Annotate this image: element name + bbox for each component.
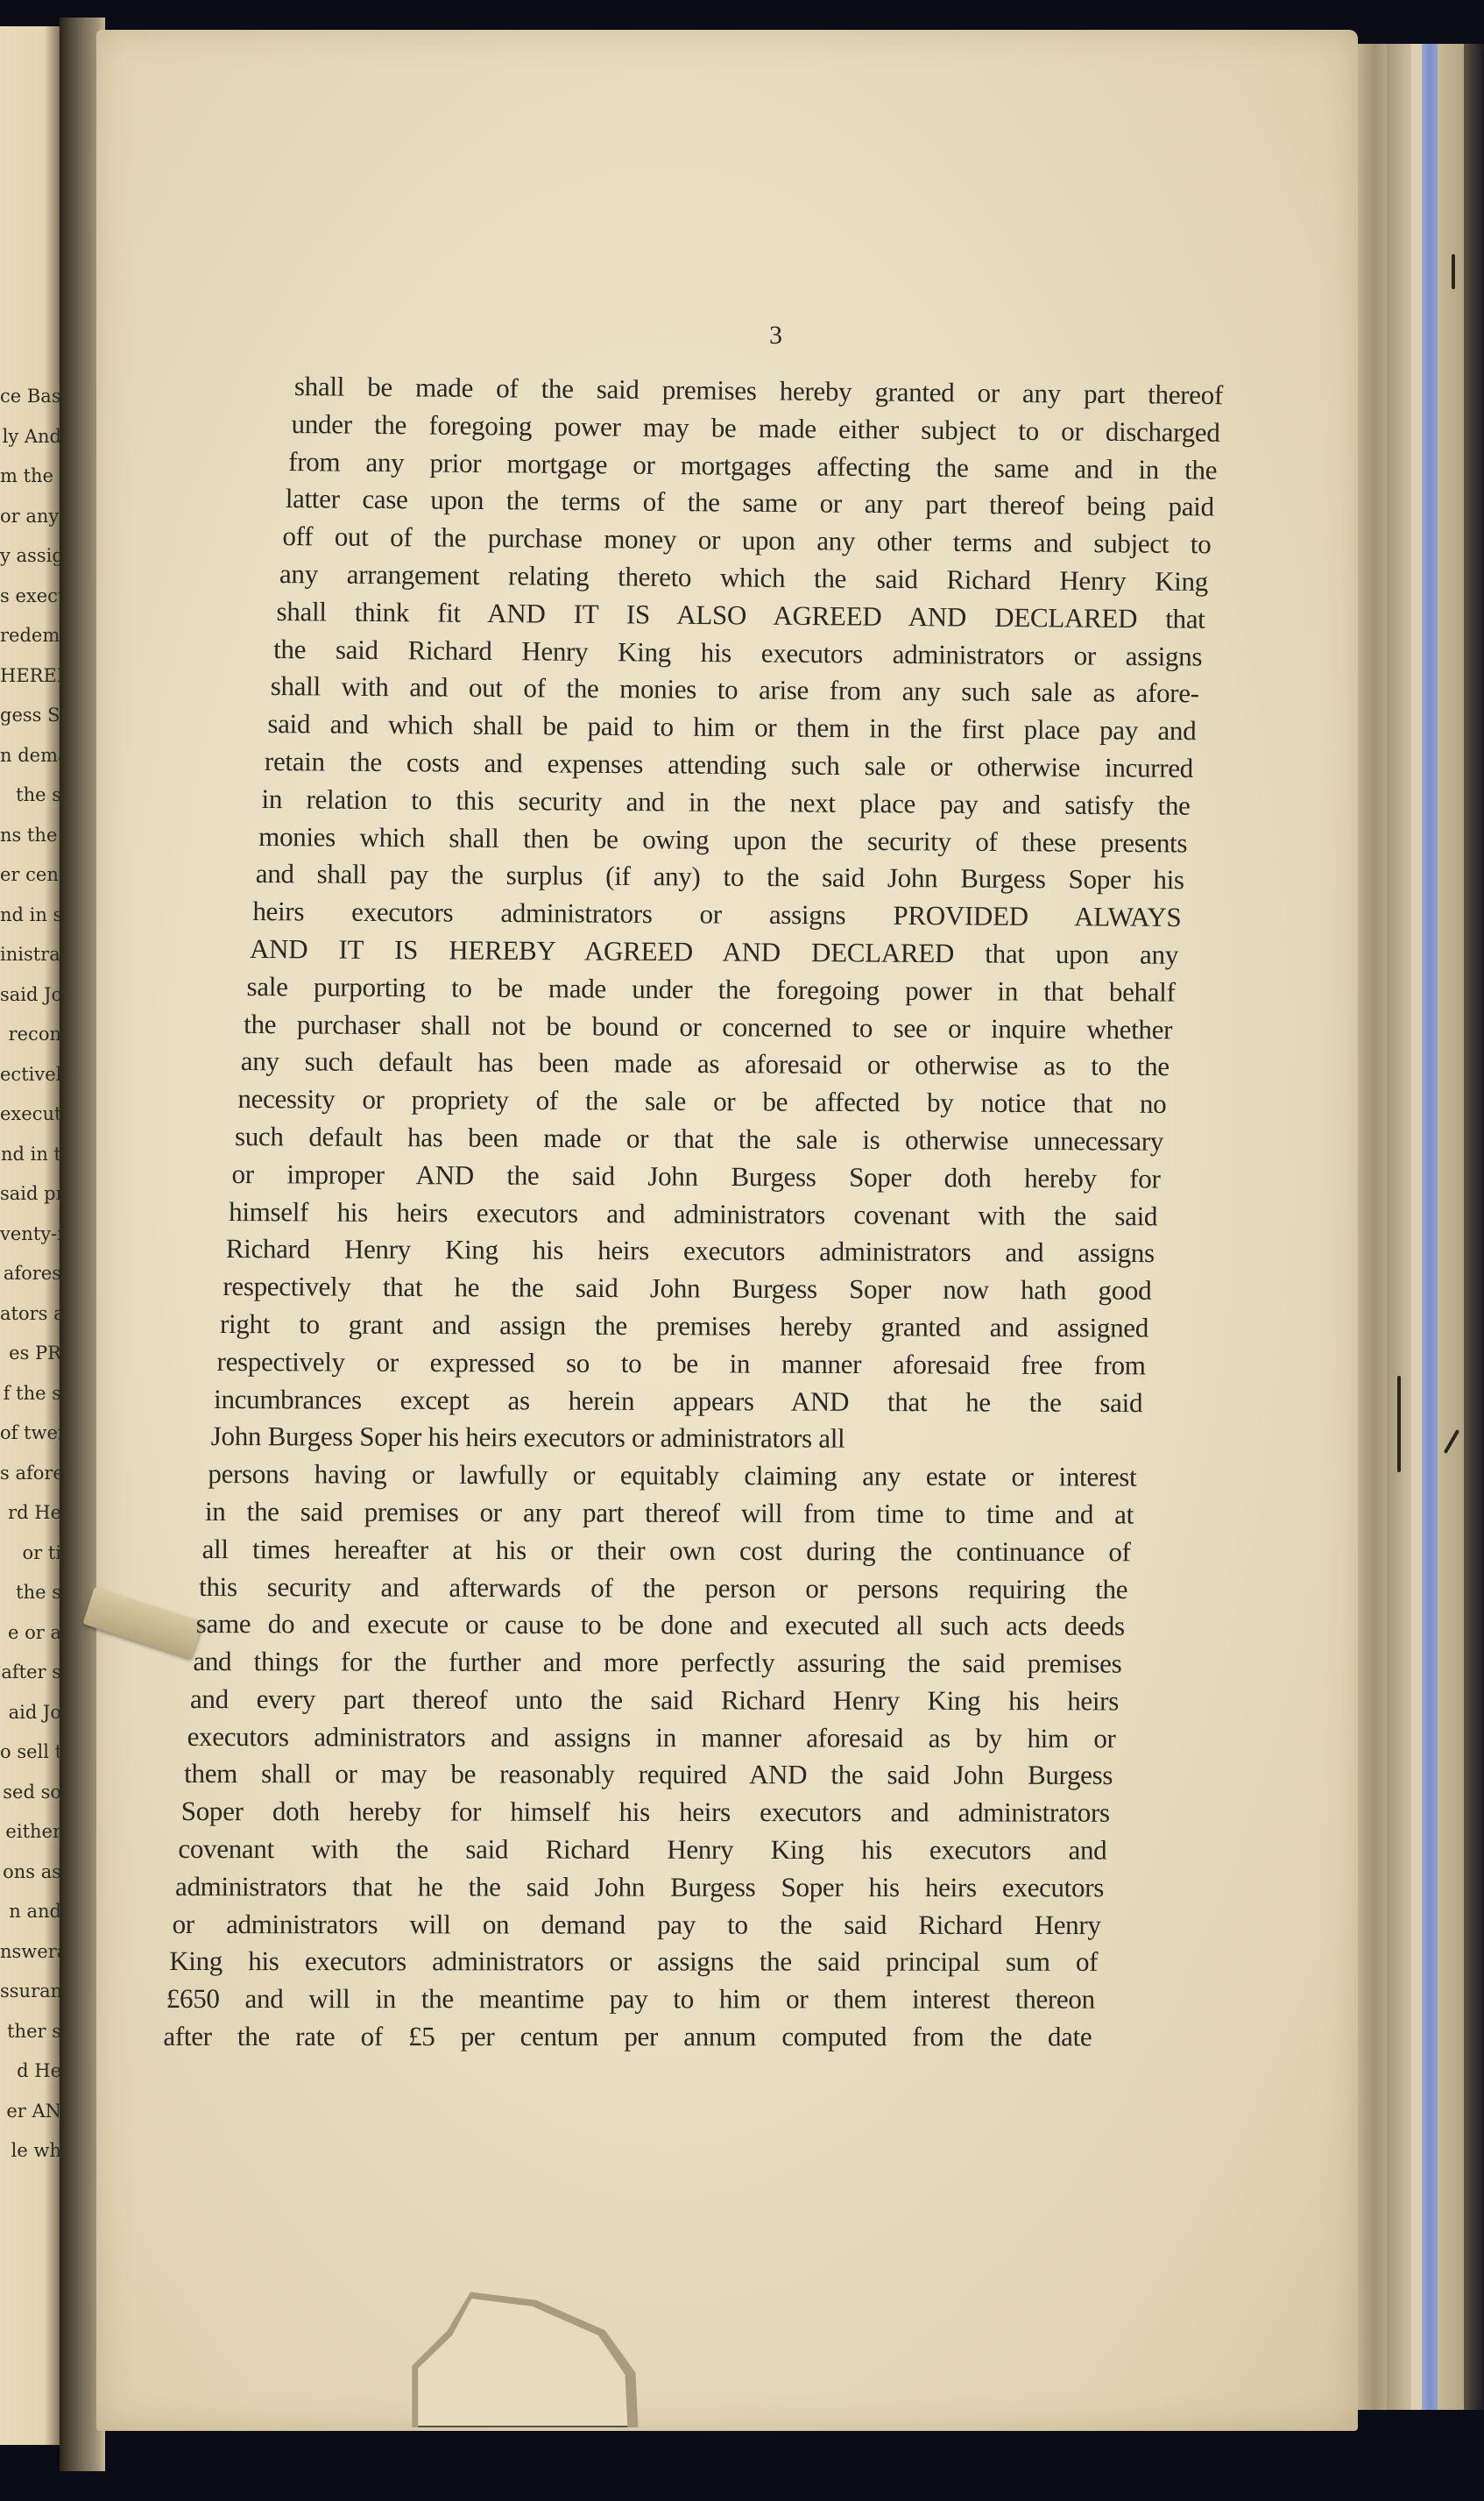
text-line: or improper AND the said John Burgess So… bbox=[231, 1156, 1160, 1198]
text-line: respectively or expressed so to be in ma… bbox=[217, 1343, 1146, 1385]
text-line: respectively that he the said John Burge… bbox=[223, 1268, 1151, 1310]
text-line: such default has been made or that the s… bbox=[235, 1118, 1163, 1161]
left-page-fragment: s execut bbox=[0, 585, 63, 606]
left-page-fragment: sed so bbox=[0, 1782, 63, 1803]
left-page-fragment: le wh bbox=[0, 2140, 63, 2161]
left-page-fragment: rd He bbox=[0, 1502, 63, 1523]
left-page-fragment: ns the s bbox=[0, 825, 63, 846]
page-edge bbox=[1411, 44, 1422, 2410]
left-page-fragment: ectively bbox=[0, 1064, 63, 1085]
text-line: executors administrators and assigns in … bbox=[187, 1718, 1116, 1758]
left-page-fragment: afores bbox=[0, 1263, 63, 1284]
left-page-fragment: y assign bbox=[0, 545, 63, 566]
page-number: 3 bbox=[769, 321, 782, 351]
left-page-fragment: or ti bbox=[0, 1542, 63, 1563]
left-page-fragment: nd in s bbox=[0, 904, 63, 925]
page-edge bbox=[1438, 44, 1464, 2410]
left-page-fragment: s afores bbox=[0, 1463, 63, 1484]
text-line: persons having or lawfully or equitably … bbox=[208, 1456, 1136, 1497]
left-page-fragment: es PR bbox=[0, 1343, 63, 1364]
left-page-fragment: said Jo bbox=[0, 984, 63, 1005]
text-line: and things for the further and more perf… bbox=[193, 1643, 1121, 1683]
text-line: after the rate of £5 per centum per annu… bbox=[163, 2018, 1092, 2056]
text-line: heirs executors administrators or assign… bbox=[252, 893, 1181, 937]
left-page-fragment: f the s bbox=[0, 1383, 63, 1404]
left-page-fragment: m the s bbox=[0, 465, 63, 486]
left-page-fragment: ators a bbox=[0, 1303, 63, 1324]
left-page-fragment: n dema bbox=[0, 745, 63, 766]
page-edge bbox=[1387, 44, 1413, 2410]
text-line: necessity or propriety of the sale or be… bbox=[237, 1080, 1166, 1123]
text-line: sale purporting to be made under the for… bbox=[246, 968, 1175, 1011]
tear-mark bbox=[1452, 254, 1455, 289]
left-page-fragment: n and bbox=[0, 1901, 63, 1922]
left-page-fragment: ther s bbox=[0, 2021, 63, 2042]
text-line: or administrators will on demand pay to … bbox=[173, 1906, 1101, 1945]
left-page-fragment: ce Basin bbox=[0, 386, 63, 407]
tear-mark bbox=[1397, 1376, 1401, 1472]
text-line: any such default has been made as afores… bbox=[241, 1043, 1170, 1086]
left-page-fragment: aid Jo bbox=[0, 1702, 63, 1723]
text-line: and every part thereof unto the said Ric… bbox=[190, 1681, 1119, 1720]
left-page-fragment: d He bbox=[0, 2060, 63, 2081]
left-page-fragment: or any p bbox=[0, 506, 63, 527]
text-line: Soper doth hereby for himself his heirs … bbox=[181, 1793, 1110, 1832]
left-page-fragment: after s bbox=[0, 1661, 63, 1683]
left-page-fragment: venty-fo bbox=[0, 1223, 63, 1244]
left-page-fragment: ly And bbox=[0, 426, 63, 447]
left-page-fragment: the s bbox=[0, 1582, 63, 1603]
text-line: them shall or may be reasonably required… bbox=[184, 1755, 1113, 1795]
body-text: shall be made of the said premises hereb… bbox=[294, 368, 1223, 2056]
left-page-fragment: recon bbox=[0, 1024, 63, 1045]
left-page-fragment: nd in t bbox=[0, 1144, 63, 1165]
left-page-fragment: of twen bbox=[0, 1422, 63, 1443]
page-edge bbox=[1353, 44, 1389, 2410]
page-edge-stack bbox=[1353, 44, 1484, 2410]
text-line: himself his heirs executors and administ… bbox=[229, 1194, 1157, 1236]
text-line: and shall pay the surplus (if any) to th… bbox=[256, 855, 1184, 899]
text-line: the purchaser shall not be bound or conc… bbox=[244, 1006, 1172, 1049]
text-line: this security and afterwards of the pers… bbox=[199, 1569, 1127, 1609]
text-line: in the said premises or any part thereof… bbox=[205, 1493, 1134, 1534]
left-page-fragment: inistrat bbox=[0, 944, 63, 965]
text-line: AND IT IS HEREBY AGREED AND DECLARED tha… bbox=[250, 931, 1178, 974]
left-page-fragment: said pr bbox=[0, 1183, 63, 1204]
left-page-fragment: gess Sop bbox=[0, 705, 63, 726]
left-page-fragment: e or a bbox=[0, 1622, 63, 1643]
text-line: John Burgess Soper his heirs executors o… bbox=[211, 1418, 1140, 1459]
left-page-fragment: ons as bbox=[0, 1861, 63, 1882]
cover-edge bbox=[1464, 44, 1484, 2410]
left-page-fragment: nswera bbox=[0, 1941, 63, 1962]
text-line: King his executors administrators or ass… bbox=[169, 1943, 1098, 1981]
text-line: all times hereafter at his or their own … bbox=[202, 1531, 1131, 1571]
left-page-fragment: er AN bbox=[0, 2101, 63, 2122]
text-line: same do and execute or cause to be done … bbox=[196, 1605, 1125, 1646]
left-page-fragment: o sell t bbox=[0, 1741, 63, 1762]
left-page-fragment: the s bbox=[0, 784, 63, 805]
text-line: £650 and will in the meantime pay to him… bbox=[166, 1980, 1095, 2018]
text-line: Richard Henry King his heirs executors a… bbox=[226, 1230, 1155, 1272]
left-page-fragment: HEREB bbox=[0, 665, 63, 686]
text-line: incumbrances except as herein appears AN… bbox=[214, 1381, 1142, 1422]
left-page-fragment: ssuran bbox=[0, 1980, 63, 2002]
left-page-fragment: execut bbox=[0, 1103, 63, 1124]
text-line: retain the costs and expenses attending … bbox=[265, 743, 1193, 788]
text-line: right to grant and assign the premises h… bbox=[220, 1306, 1148, 1347]
text-line: administrators that he the said John Bur… bbox=[175, 1868, 1104, 1907]
left-page-fragment: redempti bbox=[0, 625, 63, 646]
text-line: in relation to this security and in the … bbox=[261, 781, 1190, 825]
blue-edge-paper bbox=[1422, 44, 1438, 2410]
text-line: covenant with the said Richard Henry Kin… bbox=[178, 1831, 1106, 1869]
left-page-fragment: er centu bbox=[0, 864, 63, 885]
previous-page-sliver: ce Basinly Andm the sor any py assigns e… bbox=[0, 26, 63, 2445]
left-page-fragment: either bbox=[0, 1821, 63, 1842]
